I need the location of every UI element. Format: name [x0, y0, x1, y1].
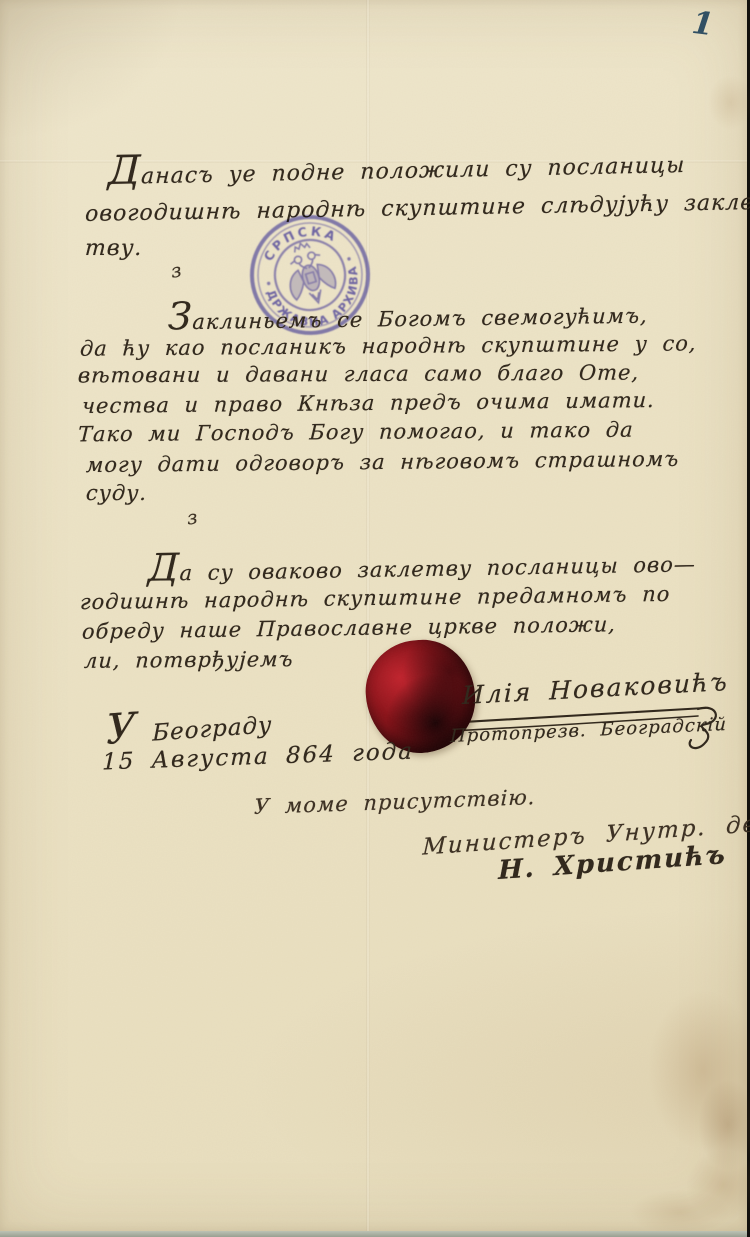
manuscript-line: да ћу као посланикъ народнѣ скупштине у … [79, 331, 697, 360]
table-edge [0, 1231, 747, 1237]
manuscript-line: суду. [85, 481, 147, 505]
manuscript-line: могу дати одговоръ за нѣговомъ страшномъ [86, 447, 680, 477]
section-mark: з [170, 259, 184, 282]
foxing-stain [708, 75, 750, 130]
manuscript-line: чества и право Кнѣза предъ очима имати. [82, 388, 656, 418]
foxing-stain [630, 1190, 730, 1235]
manuscript-line: Тако ми Господъ Богу помогао, и тако да [77, 418, 634, 447]
manuscript-line: вѣтовани и давани гласа само благо Оте, [77, 361, 639, 388]
document-page: 1 Данасъ уе подне положили су посланицы … [0, 0, 747, 1231]
page-number: 1 [690, 5, 716, 43]
manuscript-line: обреду наше Православне цркве положи, [82, 612, 617, 643]
manuscript-line: овогодишнѣ народнѣ скупштине слѣдујућу з… [85, 190, 750, 227]
foxing-stain [698, 1080, 750, 1170]
document-photo: { "page": { "number": "1" }, "archive_st… [0, 0, 750, 1237]
manuscript-line: Да су оваково заклетву посланицы ово— [147, 543, 696, 586]
foxing-stain [648, 990, 750, 1150]
manuscript-line: тву. [84, 236, 143, 261]
section-mark: з [186, 506, 200, 529]
presence-line: У моме присутствію. [254, 785, 536, 819]
place-line: У Београду [106, 702, 272, 750]
manuscript-line: Данасъ уе подне положили су посланицы [108, 144, 686, 190]
manuscript-line: Заклиньемъ се Богомъ свемогућимъ, [167, 295, 648, 335]
foxing-stain [686, 1150, 750, 1220]
manuscript-line: ли, потврђујемъ [83, 647, 294, 673]
